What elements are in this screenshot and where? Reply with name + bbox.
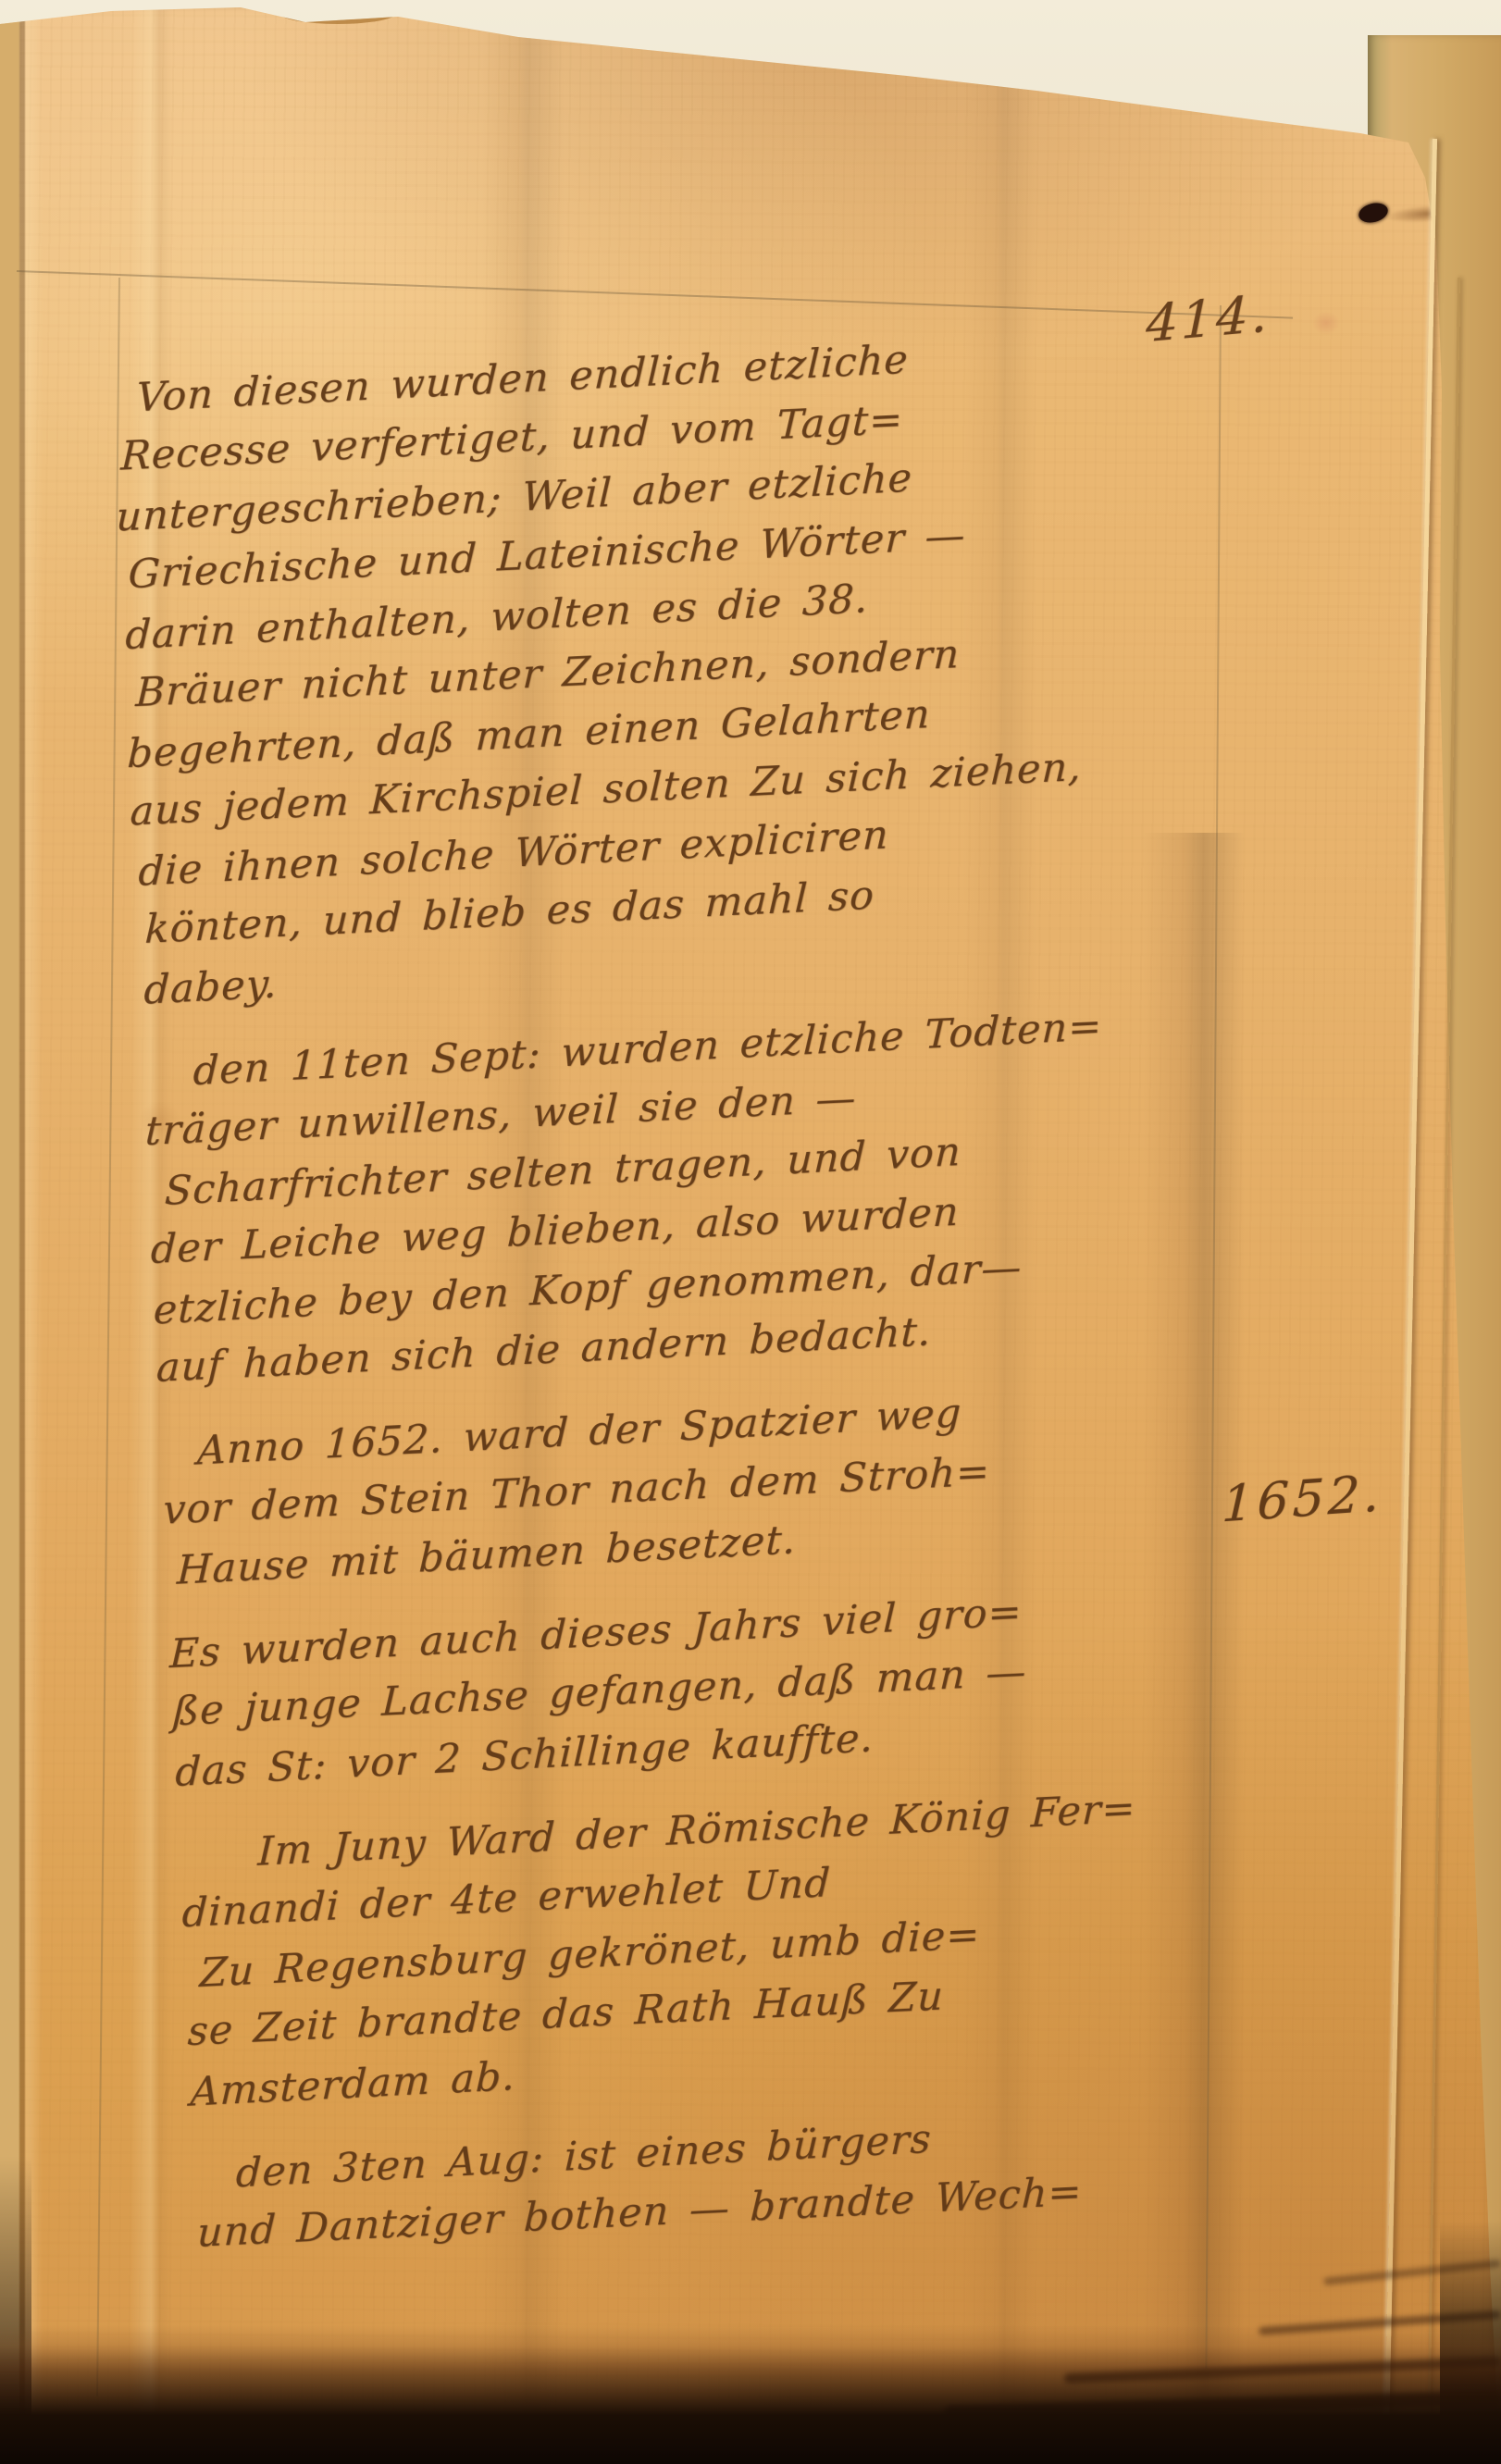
- margin-year-note: 1652.: [1221, 1464, 1383, 1533]
- manuscript-paragraph: Es wurden auch dieses Jahrs viel gro=ße …: [168, 1569, 1323, 1801]
- manuscript-page: 414. Von diesen wurden endlich etzlicheR…: [0, 0, 1501, 2464]
- torn-edge-chip: [278, 0, 398, 24]
- manuscript-paragraph: Von diesen wurden endlich etzlicheRecess…: [109, 315, 1286, 1020]
- ruled-margin-line-top: [17, 270, 1293, 319]
- binding-gutter: [0, 0, 43, 2464]
- ruled-margin-line-left: [96, 278, 120, 2396]
- manuscript-paragraph: den 11ten Sept: wurden etzliche Todten=t…: [141, 989, 1304, 1398]
- manuscript-paragraph: den 3ten Aug: ist eines bürgersund Dantz…: [193, 2090, 1346, 2262]
- manuscript-scan: 414. Von diesen wurden endlich etzlicheR…: [0, 0, 1501, 2464]
- paper-stain: [139, 1101, 181, 1138]
- pink-stain: [1312, 311, 1340, 335]
- manuscript-paragraph: Im Juny Ward der Römische König Fer=dina…: [178, 1771, 1338, 2121]
- manuscript-text: Von diesen wurden endlich etzlicheRecess…: [109, 315, 1345, 2263]
- manuscript-paragraph: Anno 1652. ward der Spatzier wegvor dem …: [159, 1368, 1314, 1599]
- ink-blot-icon: [1357, 200, 1390, 225]
- bottom-shadow: [0, 2325, 1501, 2464]
